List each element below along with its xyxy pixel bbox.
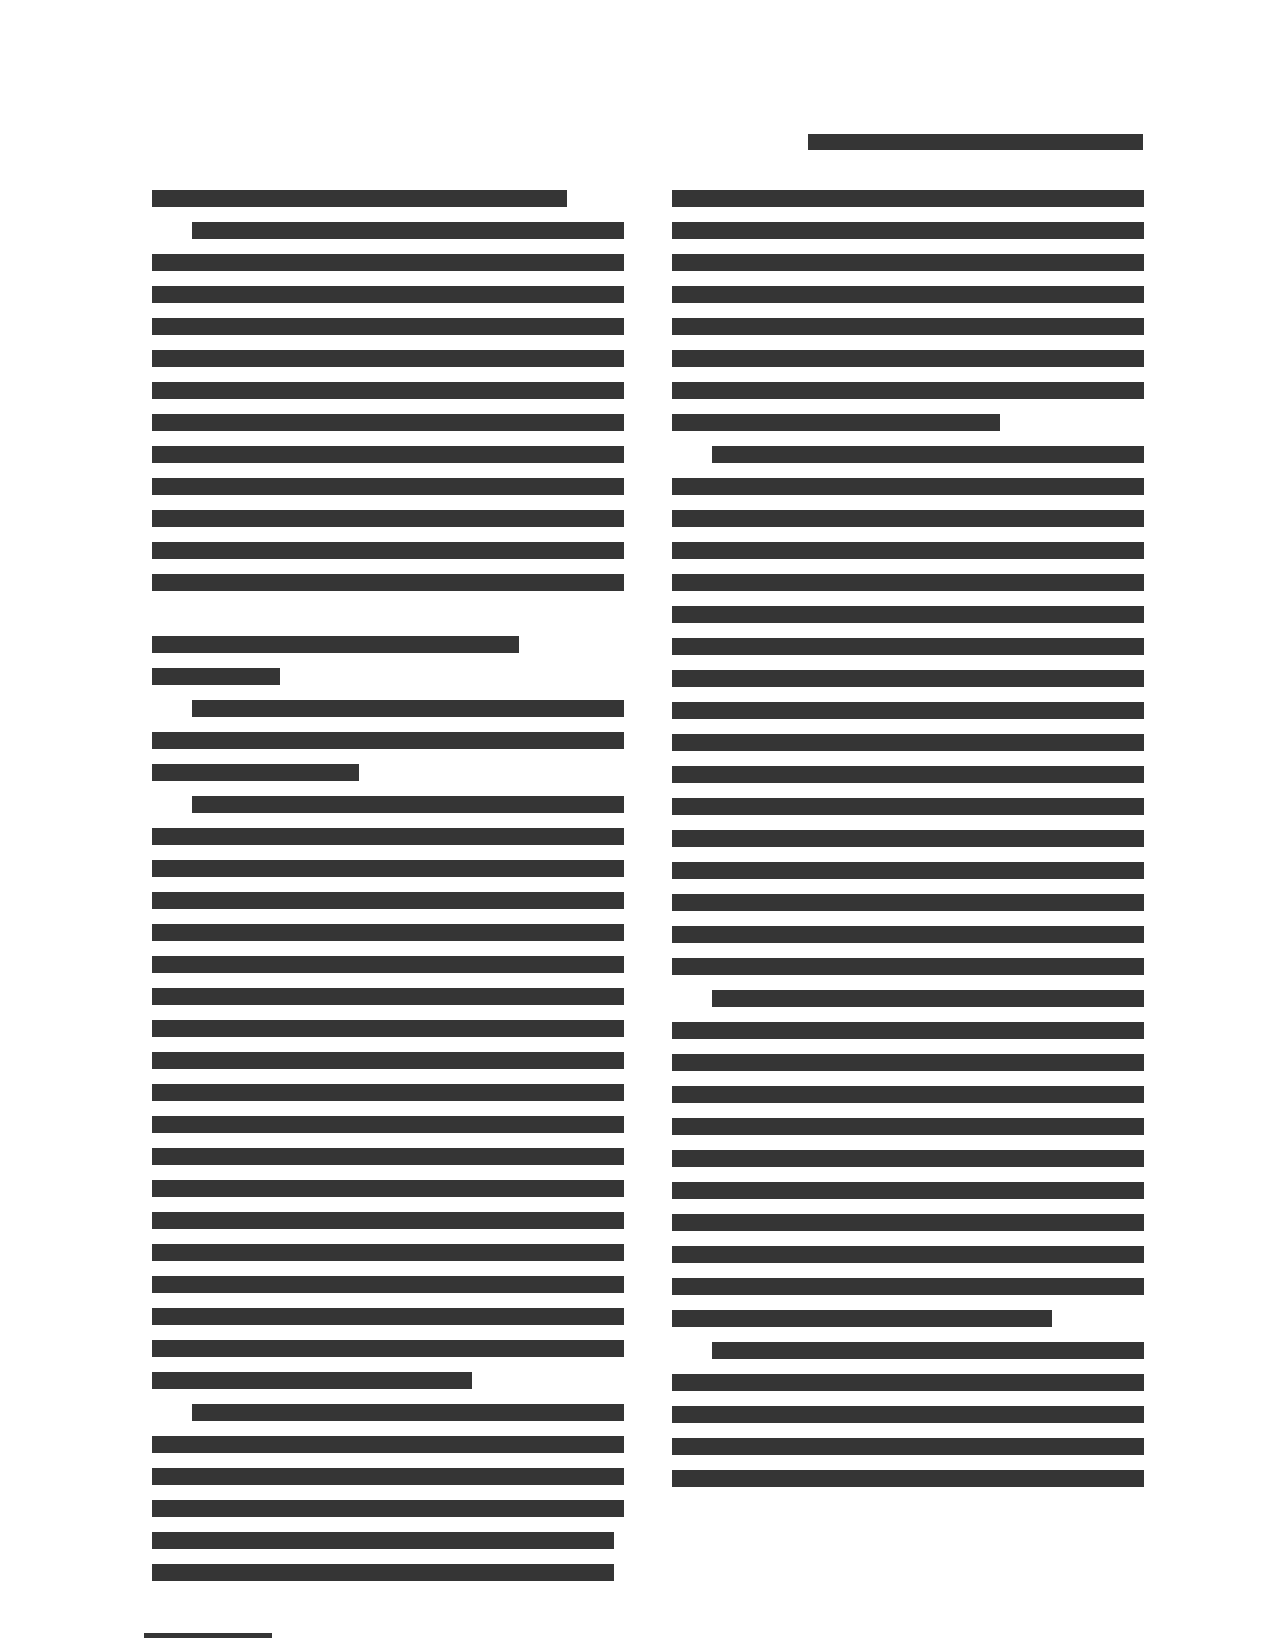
redacted-line bbox=[192, 700, 624, 717]
redacted-line bbox=[672, 1406, 1144, 1423]
redacted-line bbox=[152, 732, 624, 749]
redacted-line bbox=[672, 1246, 1144, 1263]
redacted-line bbox=[672, 606, 1144, 623]
redacted-line bbox=[672, 190, 1144, 207]
paragraph bbox=[152, 1404, 624, 1581]
redacted-line bbox=[672, 382, 1144, 399]
redacted-line bbox=[672, 1438, 1144, 1455]
right-column bbox=[672, 190, 1152, 1502]
redacted-line bbox=[672, 222, 1144, 239]
redacted-line bbox=[152, 286, 624, 303]
paragraph bbox=[152, 796, 624, 1389]
redacted-line bbox=[192, 796, 624, 813]
redacted-line bbox=[152, 1180, 624, 1197]
redacted-line bbox=[672, 862, 1144, 879]
redacted-line bbox=[152, 1532, 614, 1549]
redacted-line bbox=[152, 1436, 624, 1453]
redacted-line bbox=[152, 988, 624, 1005]
redacted-line bbox=[152, 510, 624, 527]
redacted-line bbox=[152, 542, 624, 559]
paragraph bbox=[672, 1342, 1152, 1487]
footnote-rule-left bbox=[144, 1633, 272, 1638]
redacted-line bbox=[672, 574, 1144, 591]
redacted-line bbox=[672, 478, 1144, 495]
redacted-line bbox=[672, 542, 1144, 559]
redacted-line bbox=[152, 1340, 624, 1357]
redacted-line bbox=[152, 668, 280, 685]
redacted-line bbox=[152, 636, 519, 653]
redacted-line bbox=[672, 1022, 1144, 1039]
redacted-line bbox=[152, 1148, 624, 1165]
paragraph bbox=[152, 222, 624, 591]
redacted-line bbox=[672, 830, 1144, 847]
running-header-redacted bbox=[808, 134, 1143, 150]
redacted-line bbox=[672, 318, 1144, 335]
redacted-line bbox=[152, 1020, 624, 1037]
redacted-line bbox=[152, 956, 624, 973]
redacted-line bbox=[152, 414, 624, 431]
redacted-line bbox=[672, 1470, 1144, 1487]
redacted-line bbox=[672, 1374, 1144, 1391]
redacted-line bbox=[672, 734, 1144, 751]
paragraph bbox=[672, 446, 1152, 975]
redacted-line bbox=[152, 1084, 624, 1101]
redacted-line bbox=[152, 1052, 624, 1069]
redacted-line bbox=[152, 190, 567, 207]
paragraph bbox=[672, 190, 1152, 431]
redacted-line bbox=[192, 222, 624, 239]
redacted-line bbox=[152, 892, 624, 909]
redacted-line bbox=[672, 1150, 1144, 1167]
paragraph bbox=[152, 700, 624, 781]
redacted-line bbox=[152, 1564, 614, 1581]
redacted-line bbox=[672, 638, 1144, 655]
redacted-line bbox=[672, 926, 1144, 943]
redacted-line bbox=[152, 1276, 624, 1293]
redacted-line bbox=[152, 764, 359, 781]
redacted-line bbox=[152, 254, 624, 271]
redacted-line bbox=[152, 1500, 624, 1517]
redacted-line bbox=[672, 1310, 1052, 1327]
redacted-line bbox=[152, 350, 624, 367]
redacted-line bbox=[152, 1308, 624, 1325]
redacted-line bbox=[672, 510, 1144, 527]
redacted-line bbox=[672, 1054, 1144, 1071]
redacted-line bbox=[192, 1404, 624, 1421]
redacted-line bbox=[712, 1342, 1144, 1359]
paragraph bbox=[672, 990, 1152, 1327]
redacted-line bbox=[152, 382, 624, 399]
redacted-line bbox=[152, 446, 624, 463]
redacted-line bbox=[152, 924, 624, 941]
redacted-line bbox=[672, 414, 1000, 431]
section-gap bbox=[152, 606, 624, 636]
redacted-line bbox=[712, 990, 1144, 1007]
redacted-line bbox=[152, 1244, 624, 1261]
redacted-line bbox=[672, 766, 1144, 783]
redacted-line bbox=[152, 860, 624, 877]
redacted-line bbox=[152, 1212, 624, 1229]
section-heading bbox=[152, 636, 624, 685]
redacted-line bbox=[152, 1116, 624, 1133]
redacted-line bbox=[672, 798, 1144, 815]
document-page bbox=[0, 0, 1275, 1650]
redacted-line bbox=[672, 254, 1144, 271]
redacted-line bbox=[152, 1372, 472, 1389]
redacted-line bbox=[152, 574, 624, 591]
redacted-line bbox=[152, 828, 624, 845]
redacted-line bbox=[672, 1278, 1144, 1295]
redacted-line bbox=[672, 702, 1144, 719]
redacted-line bbox=[672, 286, 1144, 303]
redacted-line bbox=[672, 894, 1144, 911]
redacted-line bbox=[672, 1214, 1144, 1231]
redacted-line bbox=[672, 670, 1144, 687]
redacted-line bbox=[672, 1118, 1144, 1135]
redacted-line bbox=[152, 478, 624, 495]
redacted-line bbox=[672, 350, 1144, 367]
redacted-line bbox=[712, 446, 1144, 463]
left-column bbox=[152, 190, 624, 1596]
redacted-line bbox=[672, 1086, 1144, 1103]
redacted-line bbox=[152, 1468, 624, 1485]
redacted-line bbox=[672, 1182, 1144, 1199]
redacted-line bbox=[672, 958, 1144, 975]
redacted-line bbox=[152, 318, 624, 335]
